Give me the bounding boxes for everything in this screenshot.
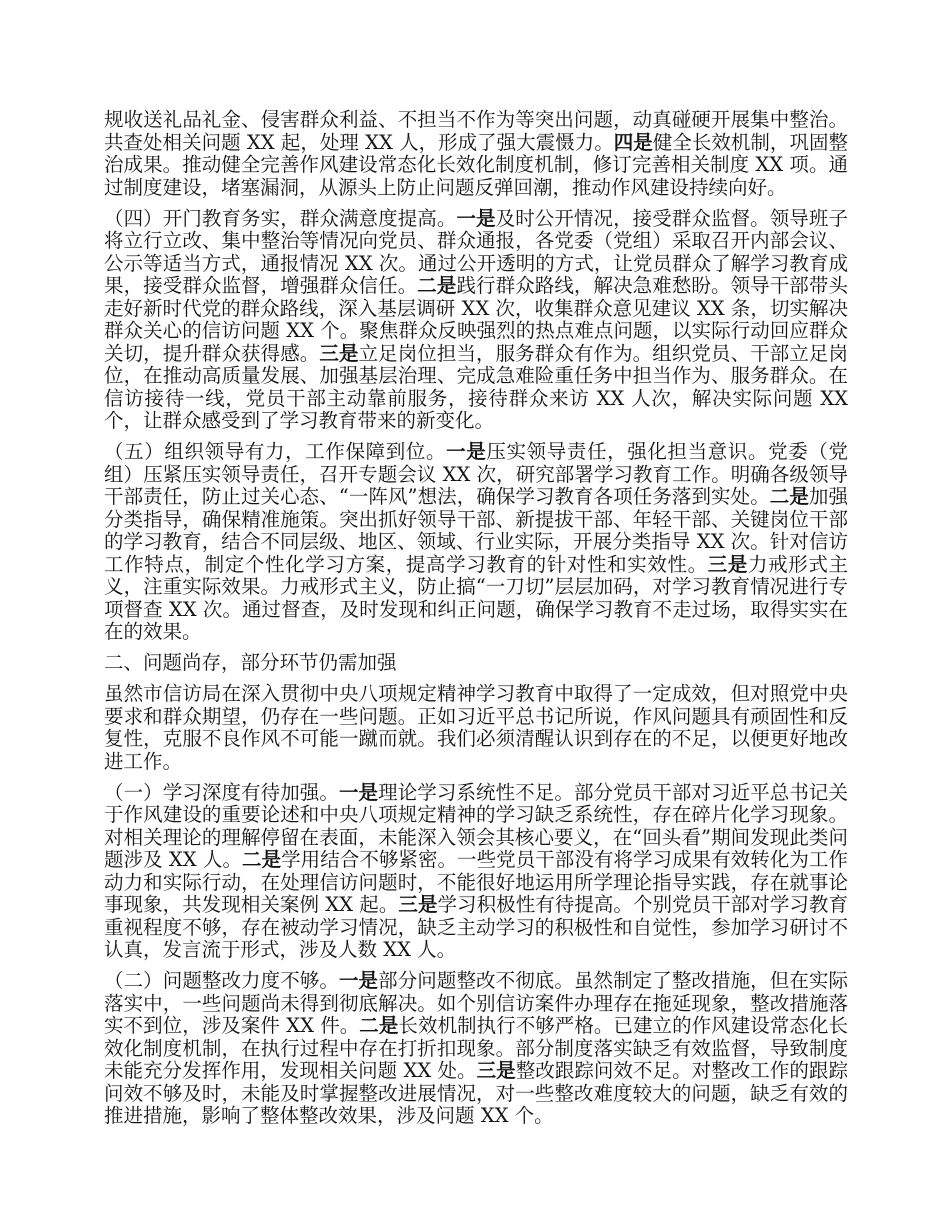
- text-run: （一）学习深度有待加强。: [104, 781, 339, 804]
- emphasis-run: 三是: [477, 1059, 516, 1082]
- emphasis-run: 四是: [614, 131, 653, 154]
- emphasis-run: 三是: [319, 342, 358, 365]
- emphasis-run: 一是: [456, 207, 495, 230]
- paragraph: （二）问题整改力度不够。一是部分问题整改不彻底。虽然制定了整改措施，但在实际落实…: [104, 970, 848, 1128]
- emphasis-run: 三是: [708, 553, 748, 576]
- section-heading: 二、问题尚存，部分环节仍需加强: [104, 652, 848, 675]
- document-page: 规收送礼品礼金、侵害群众利益、不担当不作为等突出问题，动真碰硬开展集中整治。共查…: [0, 0, 950, 1230]
- text-run: （五）组织领导有力，工作保障到位。: [104, 440, 446, 463]
- emphasis-run: 二是: [359, 1014, 398, 1037]
- document-body: 规收送礼品礼金、侵害群众利益、不担当不作为等突出问题，动真碰硬开展集中整治。共查…: [104, 109, 848, 1136]
- paragraph: 虽然市信访局在深入贯彻中央八项规定精神学习教育中取得了一定成效，但对照党中央要求…: [104, 683, 848, 773]
- emphasis-run: 一是: [339, 781, 378, 804]
- paragraph: （五）组织领导有力，工作保障到位。一是压实领导责任，强化担当意识。党委（党组）压…: [104, 441, 848, 644]
- emphasis-run: 二是: [770, 485, 809, 508]
- emphasis-run: 一是: [339, 969, 378, 992]
- text-run: （四）开门教育务实，群众满意度提高。: [104, 207, 456, 230]
- text-run: 二、问题尚存，部分环节仍需加强: [104, 651, 397, 674]
- emphasis-run: 二是: [242, 848, 281, 871]
- paragraph: （四）开门教育务实，群众满意度提高。一是及时公开情况，接受群众监督。领导班子将立…: [104, 208, 848, 433]
- emphasis-run: 一是: [446, 440, 486, 463]
- paragraph: 规收送礼品礼金、侵害群众利益、不担当不作为等突出问题，动真碰硬开展集中整治。共查…: [104, 109, 848, 199]
- emphasis-run: 三是: [398, 893, 437, 916]
- paragraph: （一）学习深度有待加强。一是理论学习系统性不足。部分党员干部对习近平总书记关于作…: [104, 782, 848, 962]
- text-run: 虽然市信访局在深入贯彻中央八项规定精神学习教育中取得了一定成效，但对照党中央要求…: [104, 682, 848, 773]
- emphasis-run: 二是: [417, 274, 456, 297]
- text-run: （二）问题整改力度不够。: [104, 969, 339, 992]
